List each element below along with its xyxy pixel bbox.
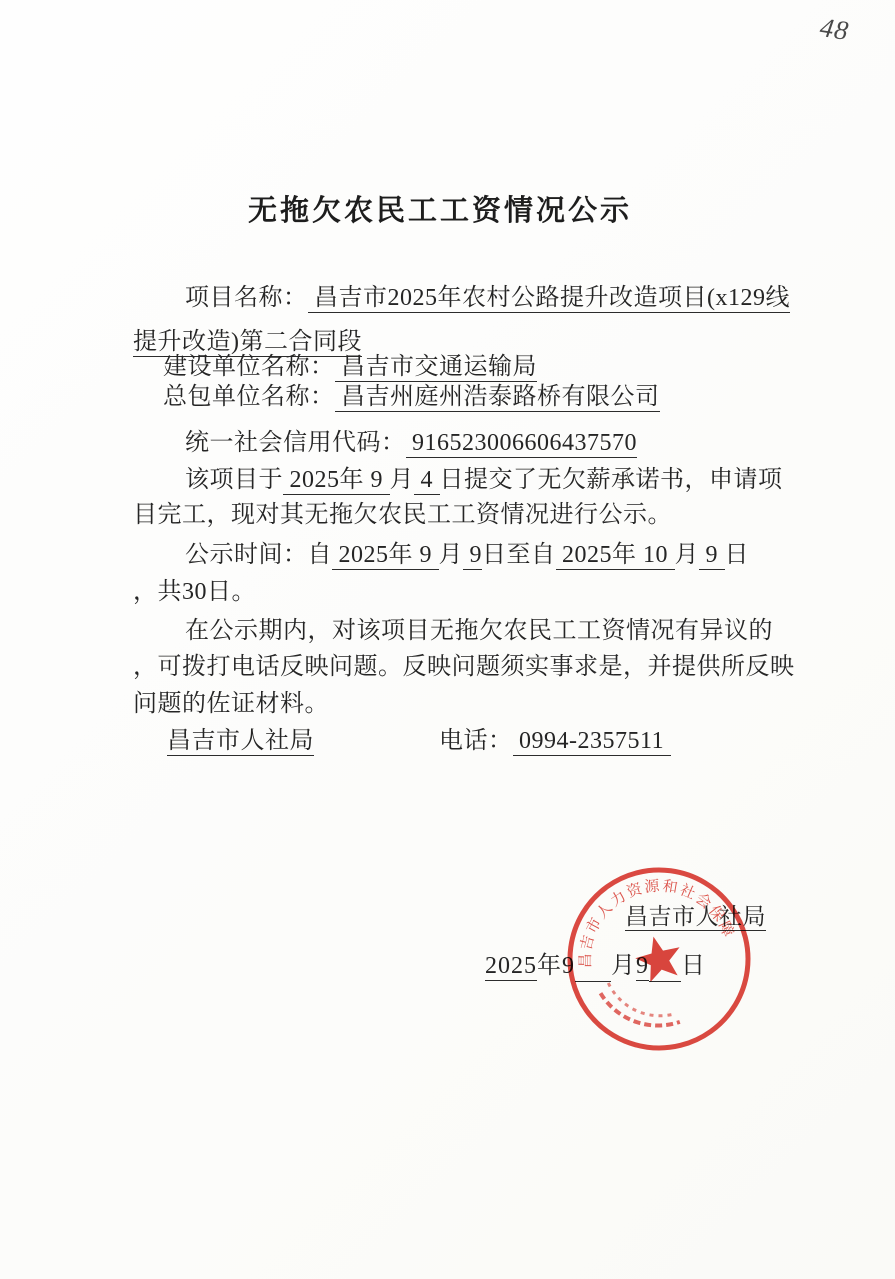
official-seal-stamp: 昌吉市人力资源和社会保障局 — [539, 839, 779, 1079]
construction-unit-value: 昌吉市交通运输局 — [335, 354, 538, 382]
fill-in-value: 2025 — [485, 953, 537, 981]
text-segment: 在公示期内，对该项目无拖欠农民工工资情况有异议的 — [185, 618, 773, 644]
text-segment: 月 — [390, 467, 415, 493]
text-segment: 总包单位名称： — [163, 384, 335, 410]
objection-line-1: 在公示期内，对该项目无拖欠农民工工资情况有异议的 — [185, 616, 773, 646]
fill-in-value: 2025年 — [283, 467, 364, 495]
fill-in-value: 2025年 — [332, 542, 413, 570]
text-segment: 公示时间：自 — [185, 542, 332, 568]
fill-in-value: 9 — [699, 542, 725, 570]
text-segment: 问题的佐证材料。 — [133, 691, 329, 717]
fill-in-value: 4 — [414, 467, 440, 495]
publicity-period-line-1: 公示时间：自 2025年 9 月 9日至自 2025年 10 月 9 日 — [185, 540, 749, 570]
scanned-document-page: 48 无拖欠农民工工资情况公示 项目名称： 昌吉市2025年农村公路提升改造项目… — [0, 0, 895, 1279]
contractor-line: 总包单位名称： 昌吉州庭州浩泰路桥有限公司 — [163, 382, 660, 412]
document-title: 无拖欠农民工工资情况公示 — [0, 188, 880, 229]
construction-unit-line: 建设单位名称： 昌吉市交通运输局 — [163, 352, 537, 382]
text-segment: 统一社会信用代码： — [185, 430, 406, 456]
contractor-value: 昌吉州庭州浩泰路桥有限公司 — [335, 384, 660, 412]
fill-in-value: 9 — [413, 542, 439, 570]
objection-line-3: 问题的佐证材料。 — [133, 689, 329, 719]
commitment-line-1: 该项目于 2025年 9 月 4 日提交了无欠薪承诺书，申请项 — [185, 465, 783, 495]
credit-code-line: 统一社会信用代码： 916523006606437570 — [185, 428, 637, 458]
text-segment: 月 — [439, 542, 464, 568]
commitment-line-2: 目完工，现对其无拖欠农民工工资情况进行公示。 — [133, 500, 672, 530]
text-segment: 月 — [675, 542, 700, 568]
project-name-value: 昌吉市2025年农村公路提升改造项目(x129线 — [308, 285, 791, 313]
fill-in-value: 10 — [637, 542, 675, 570]
blank-fill-segment — [314, 732, 439, 757]
seal-star-icon — [631, 931, 686, 984]
credit-code-value: 916523006606437570 — [406, 430, 638, 458]
text-segment: 日 — [725, 542, 750, 568]
text-segment: 日提交了无欠薪承诺书，申请项 — [440, 467, 783, 493]
text-segment: 目完工，现对其无拖欠农民工工资情况进行公示。 — [133, 502, 672, 528]
handwritten-page-number: 48 — [818, 12, 851, 47]
phone-value: 0994-2357511 — [513, 728, 671, 756]
text-segment: 日至自 — [482, 542, 556, 568]
project-name-line-1: 项目名称： 昌吉市2025年农村公路提升改造项目(x129线 — [185, 283, 790, 313]
text-segment: 建设单位名称： — [163, 354, 335, 380]
fill-in-value: 9 — [364, 467, 390, 495]
agency-phone-line: 昌吉市人社局电话： 0994-2357511 — [167, 726, 671, 757]
seal-script-arc-inner — [608, 969, 673, 1027]
agency-name: 昌吉市人社局 — [167, 728, 314, 756]
text-segment: 项目名称： — [185, 285, 308, 311]
publicity-period-line-2: ，共30日。 — [133, 577, 256, 607]
text-segment: 电话： — [439, 728, 513, 754]
text-segment: ，共30日。 — [133, 579, 256, 605]
text-segment: 该项目于 — [185, 467, 283, 493]
objection-line-2: ，可拨打电话反映问题。反映问题须实事求是，并提供所反映 — [133, 652, 795, 682]
text-segment: ，可拨打电话反映问题。反映问题须实事求是，并提供所反映 — [133, 654, 795, 680]
fill-in-value: 9 — [463, 542, 482, 570]
fill-in-value: 2025年 — [556, 542, 637, 570]
seal-script-arc — [601, 976, 680, 1039]
